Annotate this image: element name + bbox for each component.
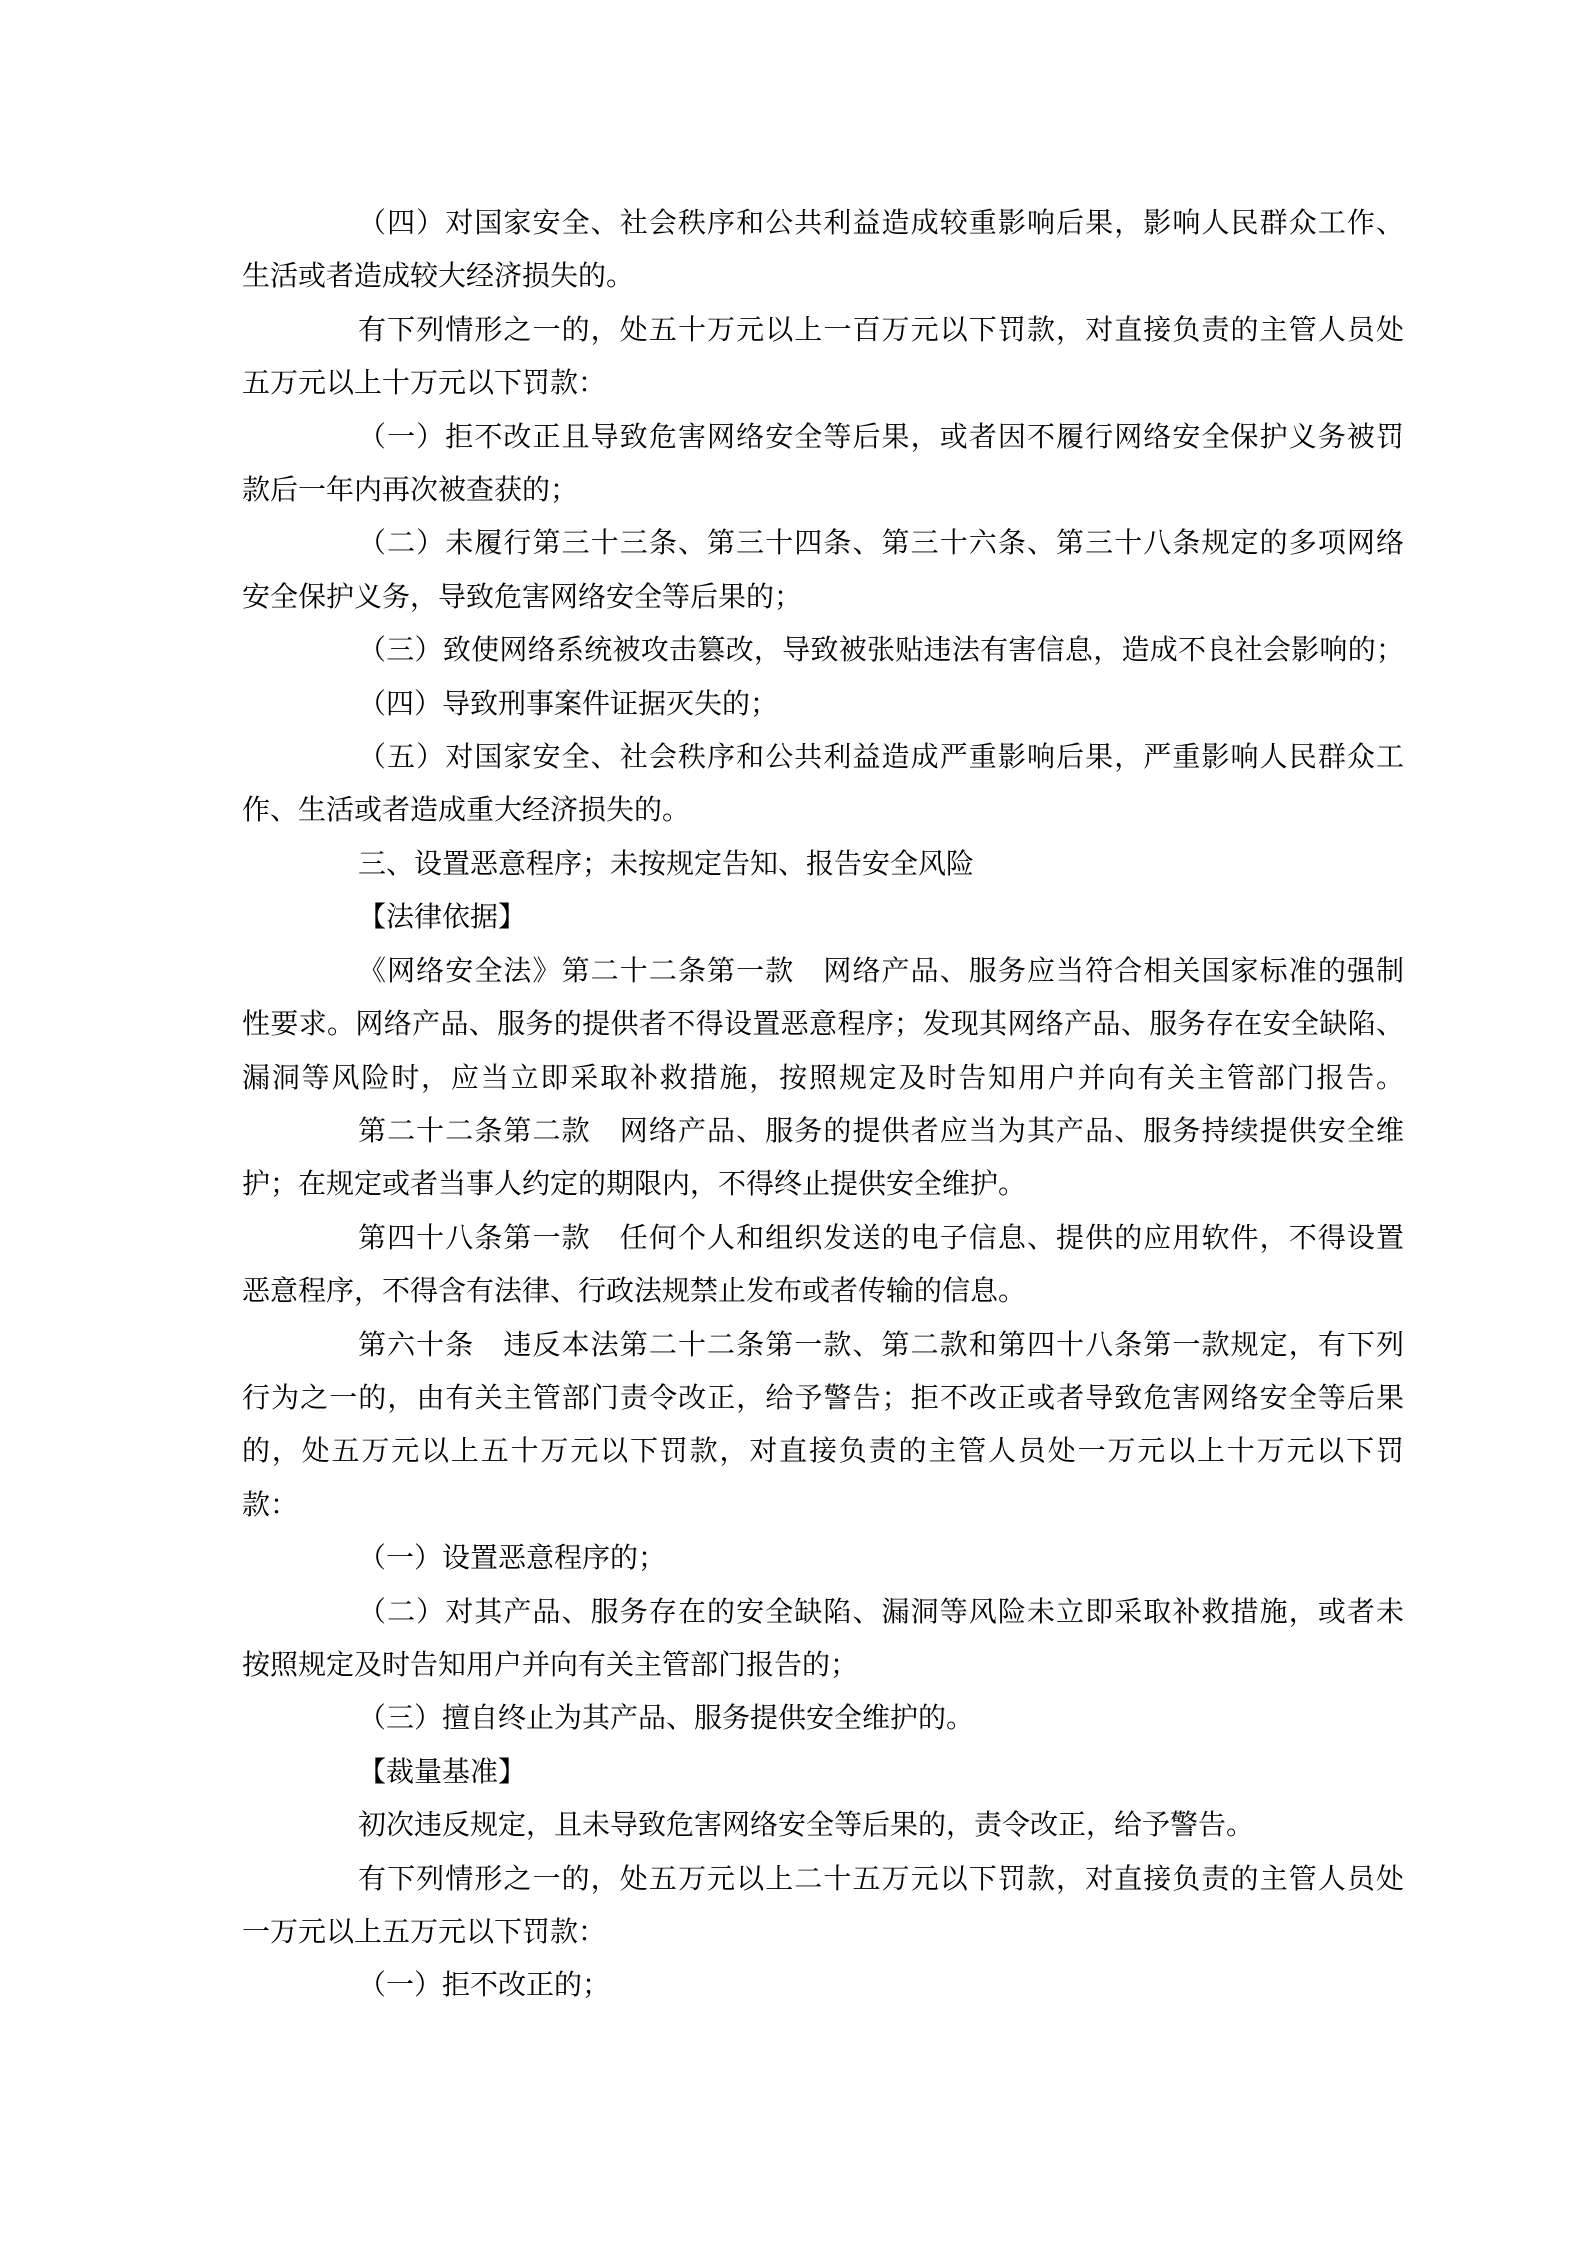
document-page: （四）对国家安全、社会秩序和公共利益造成较重影响后果，影响人民群众工作、生活或者… [0, 0, 1586, 2244]
text-line: 护；在规定或者当事人约定的期限内，不得终止提供安全维护。 [242, 1158, 1404, 1211]
text-line: 第四十八条第一款 任何个人和组织发送的电子信息、提供的应用软件，不得设置 [242, 1212, 1404, 1265]
text-line: 三、设置恶意程序；未按规定告知、报告安全风险 [242, 838, 1404, 891]
document-body: （四）对国家安全、社会秩序和公共利益造成较重影响后果，影响人民群众工作、生活或者… [242, 197, 1404, 2013]
text-line: （三）致使网络系统被攻击篡改，导致被张贴违法有害信息，造成不良社会影响的； [242, 624, 1404, 677]
text-line: 有下列情形之一的，处五万元以上二十五万元以下罚款，对直接负责的主管人员处 [242, 1853, 1404, 1906]
text-line: 五万元以上十万元以下罚款： [242, 357, 1404, 410]
text-line: 初次违反规定，且未导致危害网络安全等后果的，责令改正，给予警告。 [242, 1799, 1404, 1852]
text-line: 的，处五万元以上五十万元以下罚款，对直接负责的主管人员处一万元以上十万元以下罚 [242, 1425, 1404, 1478]
text-line: 第六十条 违反本法第二十二条第一款、第二款和第四十八条第一款规定，有下列 [242, 1319, 1404, 1372]
text-line: 安全保护义务，导致危害网络安全等后果的； [242, 571, 1404, 624]
text-line: （二）未履行第三十三条、第三十四条、第三十六条、第三十八条规定的多项网络 [242, 517, 1404, 570]
text-line: 《网络安全法》第二十二条第一款 网络产品、服务应当符合相关国家标准的强制 [242, 945, 1404, 998]
text-line: （五）对国家安全、社会秩序和公共利益造成严重影响后果，严重影响人民群众工 [242, 731, 1404, 784]
text-line: （二）对其产品、服务存在的安全缺陷、漏洞等风险未立即采取补救措施，或者未 [242, 1586, 1404, 1639]
text-line: 生活或者造成较大经济损失的。 [242, 250, 1404, 303]
text-line: （四）导致刑事案件证据灭失的； [242, 678, 1404, 731]
text-line: 一万元以上五万元以下罚款： [242, 1906, 1404, 1959]
text-line: 【法律依据】 [242, 891, 1404, 944]
text-line: （一）拒不改正且导致危害网络安全等后果，或者因不履行网络安全保护义务被罚 [242, 411, 1404, 464]
text-line: 恶意程序，不得含有法律、行政法规禁止发布或者传输的信息。 [242, 1265, 1404, 1318]
text-line: 款： [242, 1479, 1404, 1532]
text-line: 按照规定及时告知用户并向有关主管部门报告的； [242, 1639, 1404, 1692]
text-line: （三）擅自终止为其产品、服务提供安全维护的。 [242, 1692, 1404, 1745]
text-line: 性要求。网络产品、服务的提供者不得设置恶意程序；发现其网络产品、服务存在安全缺陷… [242, 998, 1404, 1051]
text-line: 第二十二条第二款 网络产品、服务的提供者应当为其产品、服务持续提供安全维 [242, 1105, 1404, 1158]
text-line: 【裁量基准】 [242, 1746, 1404, 1799]
text-line: （一）设置恶意程序的； [242, 1532, 1404, 1585]
text-line: 有下列情形之一的，处五十万元以上一百万元以下罚款，对直接负责的主管人员处 [242, 304, 1404, 357]
text-line: 漏洞等风险时，应当立即采取补救措施，按照规定及时告知用户并向有关主管部门报告。 [242, 1052, 1404, 1105]
text-line: （四）对国家安全、社会秩序和公共利益造成较重影响后果，影响人民群众工作、 [242, 197, 1404, 250]
text-line: 款后一年内再次被查获的； [242, 464, 1404, 517]
text-line: 作、生活或者造成重大经济损失的。 [242, 784, 1404, 837]
text-line: （一）拒不改正的； [242, 1959, 1404, 2012]
text-line: 行为之一的，由有关主管部门责令改正，给予警告；拒不改正或者导致危害网络安全等后果 [242, 1372, 1404, 1425]
